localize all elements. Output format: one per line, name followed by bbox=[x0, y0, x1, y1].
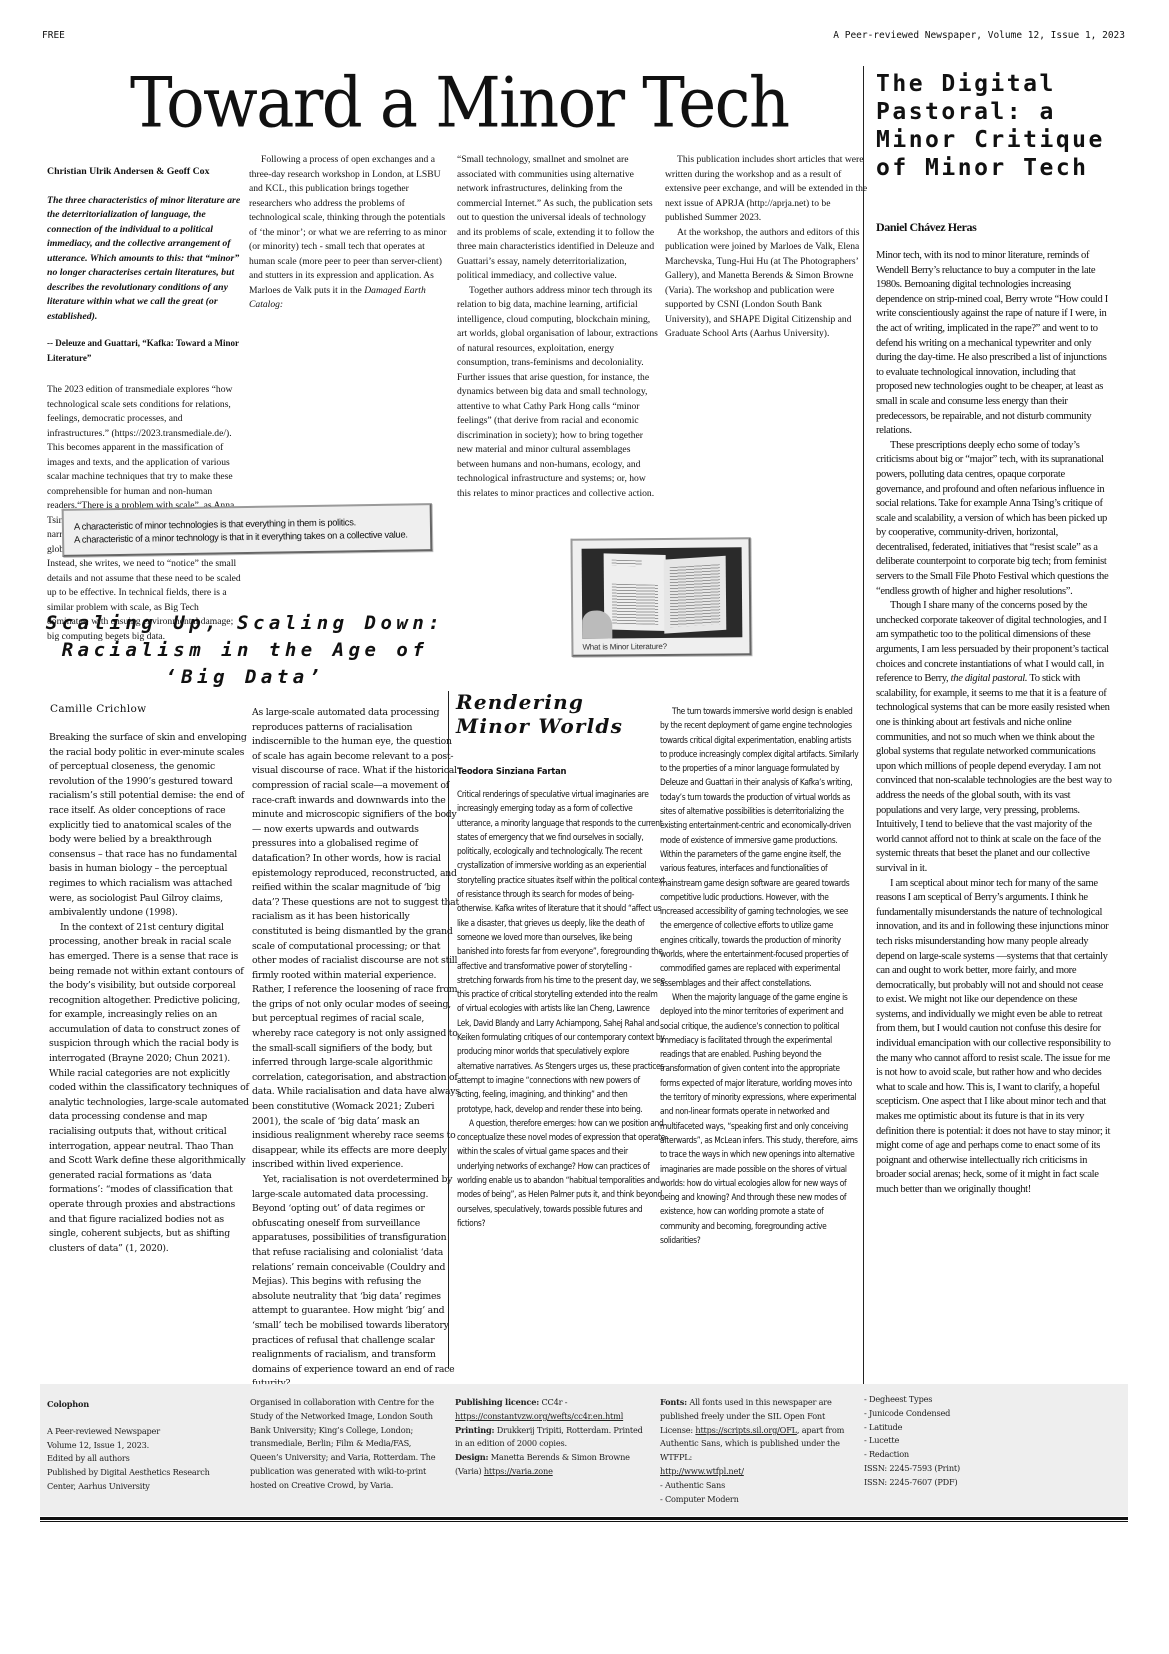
licence-link[interactable]: https://constantvzw.org/wefts/cc4r.en.ht… bbox=[455, 1411, 623, 1421]
printing-label: Printing: bbox=[455, 1425, 494, 1435]
hand-shape bbox=[582, 610, 612, 638]
main-paragraph: “Small technology, smallnet and smolnet … bbox=[457, 153, 660, 284]
font-list-item: - Authentic Sans bbox=[660, 1479, 860, 1493]
design-label: Design: bbox=[455, 1452, 488, 1462]
paragraph: The turn towards immersive world design … bbox=[660, 704, 860, 990]
colophon-col-2: Organised in collaboration with Centre f… bbox=[250, 1396, 445, 1493]
design-link[interactable]: https://varia.zone bbox=[484, 1466, 553, 1476]
font-list-item: - Latitude bbox=[864, 1421, 1064, 1435]
fonts-label: Fonts: bbox=[660, 1397, 687, 1407]
main-byline: Christian Ulrik Andersen & Geoff Cox bbox=[47, 165, 242, 180]
font-list-item: - Junicode Condensed bbox=[864, 1407, 1064, 1421]
epigraph: The three characteristics of minor liter… bbox=[47, 194, 242, 325]
colophon-col-1: Colophon A Peer-reviewed Newspaper Volum… bbox=[47, 1398, 237, 1494]
paragraph: These prescriptions deeply echo some of … bbox=[876, 439, 1112, 600]
digital-pastoral-title: The Digital Pastoral: a Minor Critique o… bbox=[876, 70, 1116, 182]
colophon-col-3: Publishing licence: CC4r - https://const… bbox=[455, 1396, 650, 1479]
main-article-column-2: Following a process of open exchanges an… bbox=[249, 153, 452, 313]
font-list-item: - Lucette bbox=[864, 1434, 1064, 1448]
rendering-article-title: Rendering Minor Worlds bbox=[456, 690, 656, 738]
main-paragraph: This publication includes short articles… bbox=[665, 153, 870, 226]
issn-print: ISSN: 2245-7593 (Print) bbox=[864, 1462, 1064, 1476]
paragraph: Breaking the surface of skin and envelop… bbox=[49, 731, 249, 921]
paragraph: Critical renderings of speculative virtu… bbox=[457, 787, 665, 1116]
main-paragraph: Together authors address minor tech thro… bbox=[457, 284, 660, 502]
footer-rule bbox=[40, 1521, 1128, 1522]
colophon-col-4: Fonts: All fonts used in this newspaper … bbox=[660, 1396, 860, 1506]
photo-caption: What is Minor Literature? bbox=[582, 641, 740, 651]
licence-label: Publishing licence: bbox=[455, 1397, 539, 1407]
wtfpl-link[interactable]: http://www.wtfpl.net/ bbox=[660, 1466, 744, 1476]
column-divider bbox=[863, 66, 864, 1384]
colophon-line: A Peer-reviewed Newspaper bbox=[47, 1425, 237, 1439]
scaling-article-column-1: Breaking the surface of skin and envelop… bbox=[49, 731, 249, 1256]
colophon-line: Published by Digital Aesthetics Research… bbox=[47, 1466, 237, 1494]
crichlow-byline: Camille Crichlow bbox=[50, 703, 146, 715]
colophon-col-5: - Degheest Types - Junicode Condensed - … bbox=[864, 1393, 1064, 1490]
paragraph: Yet, racialisation is not overdetermined… bbox=[252, 1173, 460, 1392]
price-label: FREE bbox=[42, 30, 65, 41]
italic-reference: the digital pastoral. bbox=[951, 673, 1028, 684]
photo-frame: What is Minor Literature? bbox=[570, 537, 751, 657]
paragraph: Though I share many of the concerns pose… bbox=[876, 599, 1112, 876]
column-divider bbox=[448, 691, 449, 1369]
main-paragraph: At the workshop, the authors and editors… bbox=[665, 226, 870, 342]
main-article-column-4: This publication includes short articles… bbox=[665, 153, 870, 342]
epigraph-source: -- Deleuze and Guattari, “Kafka: Toward … bbox=[47, 336, 242, 365]
paragraph: A question, therefore emerges: how can w… bbox=[457, 1116, 665, 1230]
main-title: Toward a Minor Tech bbox=[130, 64, 830, 144]
scaling-article-title: Scaling Up, Scaling Down: Racialism in t… bbox=[40, 610, 450, 691]
scaling-article-column-2: As large-scale automated data processing… bbox=[252, 706, 460, 1392]
main-paragraph: Following a process of open exchanges an… bbox=[249, 153, 452, 313]
paragraph: As large-scale automated data processing… bbox=[252, 706, 460, 1173]
paragraph: I am sceptical about minor tech for many… bbox=[876, 877, 1112, 1198]
paragraph: When the majority language of the game e… bbox=[660, 990, 860, 1247]
issue-label: A Peer-reviewed Newspaper, Volume 12, Is… bbox=[833, 30, 1125, 41]
main-article-column-1: Christian Ulrik Andersen & Geoff Cox The… bbox=[47, 165, 242, 644]
ofl-link[interactable]: https://scripts.sil.org/OFL bbox=[695, 1425, 797, 1435]
colophon-heading: Colophon bbox=[47, 1398, 237, 1412]
font-list-item: - Computer Modern bbox=[660, 1493, 860, 1507]
paragraph: In the context of 21st century digital p… bbox=[49, 921, 249, 1257]
digital-pastoral-body: Minor tech, with its nod to minor litera… bbox=[876, 249, 1112, 1198]
font-list-item: - Redaction bbox=[864, 1448, 1064, 1462]
fartan-byline: Teodora Sinziana Fartan bbox=[457, 766, 566, 776]
pull-quote-box: A characteristic of minor technologies i… bbox=[62, 503, 433, 557]
issn-pdf: ISSN: 2245-7607 (PDF) bbox=[864, 1476, 1064, 1490]
colophon-line: Volume 12, Issue 1, 2023. bbox=[47, 1439, 237, 1453]
open-book-photo bbox=[582, 547, 743, 638]
font-list-item: - Degheest Types bbox=[864, 1393, 1064, 1407]
footer-rule bbox=[40, 1517, 1128, 1520]
rendering-article-column-1: Critical renderings of speculative virtu… bbox=[457, 787, 665, 1230]
main-article-column-3: “Small technology, smallnet and smolnet … bbox=[457, 153, 660, 501]
rendering-article-column-2: The turn towards immersive world design … bbox=[660, 704, 860, 1247]
colophon-line: Edited by all authors bbox=[47, 1452, 237, 1466]
paragraph: Minor tech, with its nod to minor litera… bbox=[876, 249, 1112, 439]
heras-byline: Daniel Chávez Heras bbox=[876, 220, 976, 235]
